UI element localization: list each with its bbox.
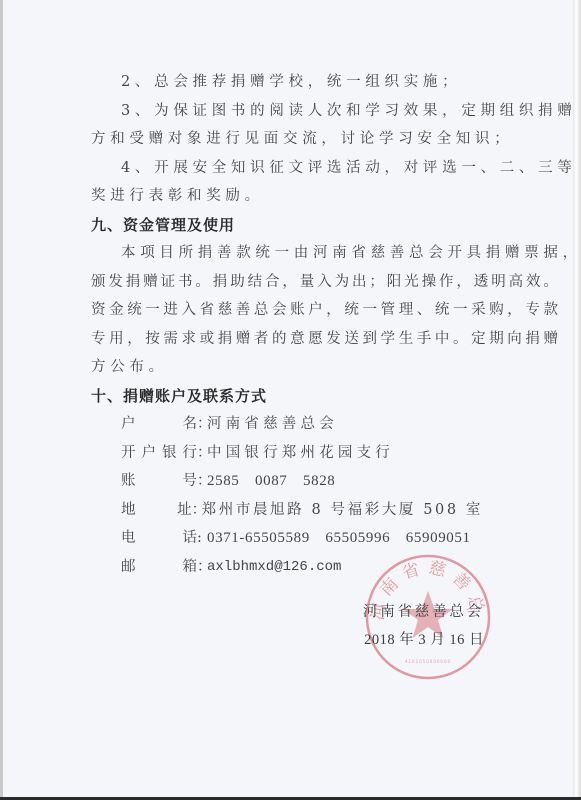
contact-label: 地 址 (121, 496, 192, 525)
contact-row-phone: 电 话 : 0371-65505589 65505996 65909051 (91, 524, 483, 553)
signature-organization: 河南省慈善总会 (363, 598, 484, 626)
contact-value: 中国银行郑州花园支行 (207, 439, 394, 468)
contact-row-address: 地 址 ： 郑州市晨旭路 8 号福彩大厦 508 室 (91, 496, 483, 525)
section-heading-contact: 十、捐赠账户及联系方式 (91, 382, 483, 411)
label-char: 账 (121, 467, 136, 496)
paragraph-line: 方公布。 (91, 353, 483, 382)
contact-value: 2585 0087 5828 (207, 467, 335, 496)
colon: ： (197, 467, 207, 496)
paragraph-line: 奖进行表彰和奖励。 (91, 182, 483, 211)
contact-row-bank: 开 户 银 行 ： 中国银行郑州花园支行 (91, 439, 483, 468)
colon: : (197, 524, 207, 553)
contact-row-account-name: 户 名 ： 河南省慈善总会 (91, 410, 483, 439)
document-page: 2、总会推荐捐赠学校，统一组织实施； 3、为保证图书的阅读人次和学习效果，定期组… (91, 68, 483, 581)
colon: ： (197, 439, 207, 468)
contact-value: 郑州市晨旭路 8 号福彩大厦 508 室 (202, 496, 483, 525)
label-char: 址 (177, 496, 192, 525)
colon: ： (192, 496, 202, 525)
contact-label: 开 户 银 行 (121, 439, 197, 468)
paragraph-line: 本项目所捐善款统一由河南省慈善总会开具捐赠票据， (91, 239, 483, 268)
paragraph-line: 4、开展安全知识征文评选活动，对评选一、二、三等 (91, 154, 483, 183)
contact-label: 邮 箱 (121, 553, 197, 582)
label-char: 行 (183, 439, 198, 468)
colon: ： (197, 410, 207, 439)
label-char: 箱 (183, 553, 198, 582)
label-char: 地 (121, 496, 136, 525)
paragraph-line: 2、总会推荐捐赠学校，统一组织实施； (91, 68, 483, 97)
signature-date: 2018 年 3 月 16 日 (363, 626, 484, 654)
contact-value: 河南省慈善总会 (207, 410, 338, 439)
label-char: 户 (142, 439, 157, 468)
contact-label: 电 话 (121, 524, 197, 553)
label-char: 银 (162, 439, 177, 468)
label-char: 邮 (121, 553, 136, 582)
contact-label: 账 号 (121, 467, 197, 496)
paragraph-line: 专用，按需求或捐赠者的意愿发送到学生手中。定期向捐赠 (91, 325, 483, 354)
label-char: 户 (121, 410, 136, 439)
svg-text:4101050000000: 4101050000000 (405, 659, 451, 664)
label-char: 名 (183, 410, 198, 439)
signature-block: 河南省慈善总会 2018 年 3 月 16 日 (363, 598, 484, 654)
contact-value: 0371-65505589 65505996 65909051 (207, 524, 471, 553)
paragraph-line: 方和受赠对象进行见面交流，讨论学习安全知识； (91, 125, 483, 154)
contact-row-account-number: 账 号 ： 2585 0087 5828 (91, 467, 483, 496)
label-char: 话 (183, 524, 198, 553)
paragraph-line: 资金统一进入省慈善总会账户，统一管理、统一采购，专款 (91, 296, 483, 325)
page-edge-right (573, 0, 581, 800)
colon: ： (197, 553, 207, 582)
paragraph-line: 3、为保证图书的阅读人次和学习效果，定期组织捐赠 (91, 97, 483, 126)
page-edge-left (0, 0, 3, 800)
contact-label: 户 名 (121, 410, 197, 439)
paragraph-line: 颁发捐赠证书。捐助结合，量入为出；阳光操作，透明高效。 (91, 268, 483, 297)
label-char: 号 (183, 467, 198, 496)
section-heading-funds: 九、资金管理及使用 (91, 211, 483, 240)
contact-value: axlbhmxd@126.com (207, 553, 341, 582)
label-char: 电 (121, 524, 136, 553)
label-char: 开 (121, 439, 136, 468)
